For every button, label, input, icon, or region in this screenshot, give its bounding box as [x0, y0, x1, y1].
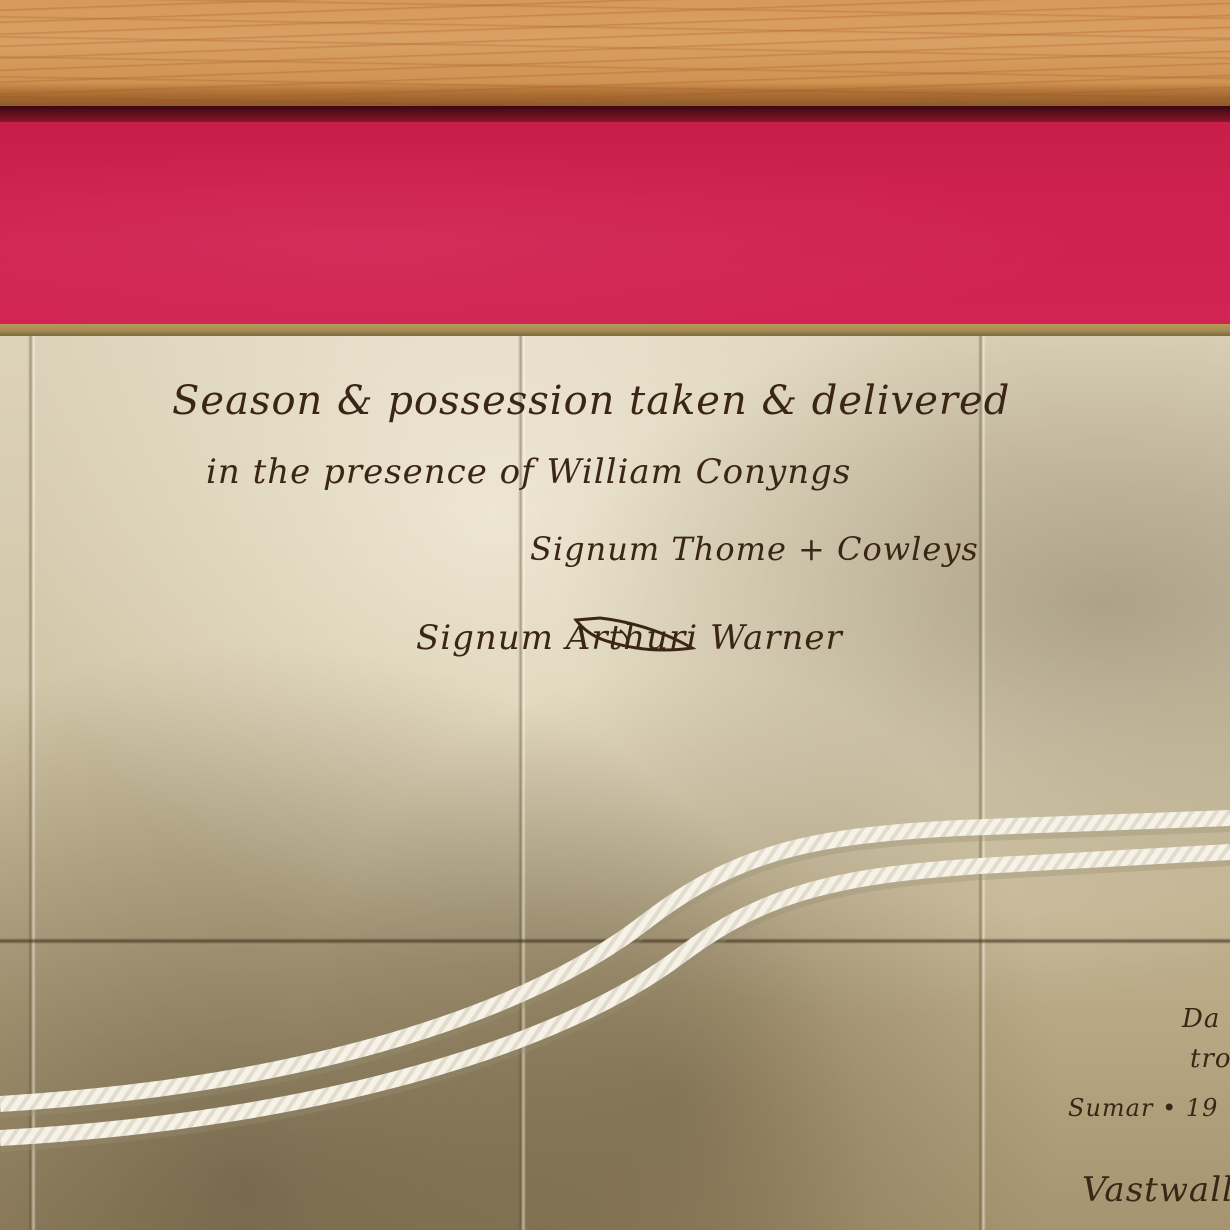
knife-mark-icon [570, 610, 700, 660]
margin-note-2: tro [1190, 1044, 1230, 1074]
mat-bevel-edge [0, 324, 1230, 336]
red-mat [0, 122, 1230, 324]
fold-crease-horizontal [0, 938, 1230, 944]
manuscript-line-3: Signum Thome + Cowleys [530, 530, 979, 568]
fold-crease-vertical [28, 336, 36, 1230]
manuscript-line-1: Season & possession taken & delivered [172, 378, 1010, 424]
wooden-frame [0, 0, 1230, 106]
margin-note-4: Vastwall [1082, 1170, 1230, 1210]
manuscript-line-2: in the presence of William Conyngs [206, 452, 851, 492]
margin-note-1: Da [1182, 1004, 1220, 1034]
fold-crease-vertical [978, 336, 986, 1230]
margin-note-3: Sumar • 19 [1068, 1094, 1218, 1122]
